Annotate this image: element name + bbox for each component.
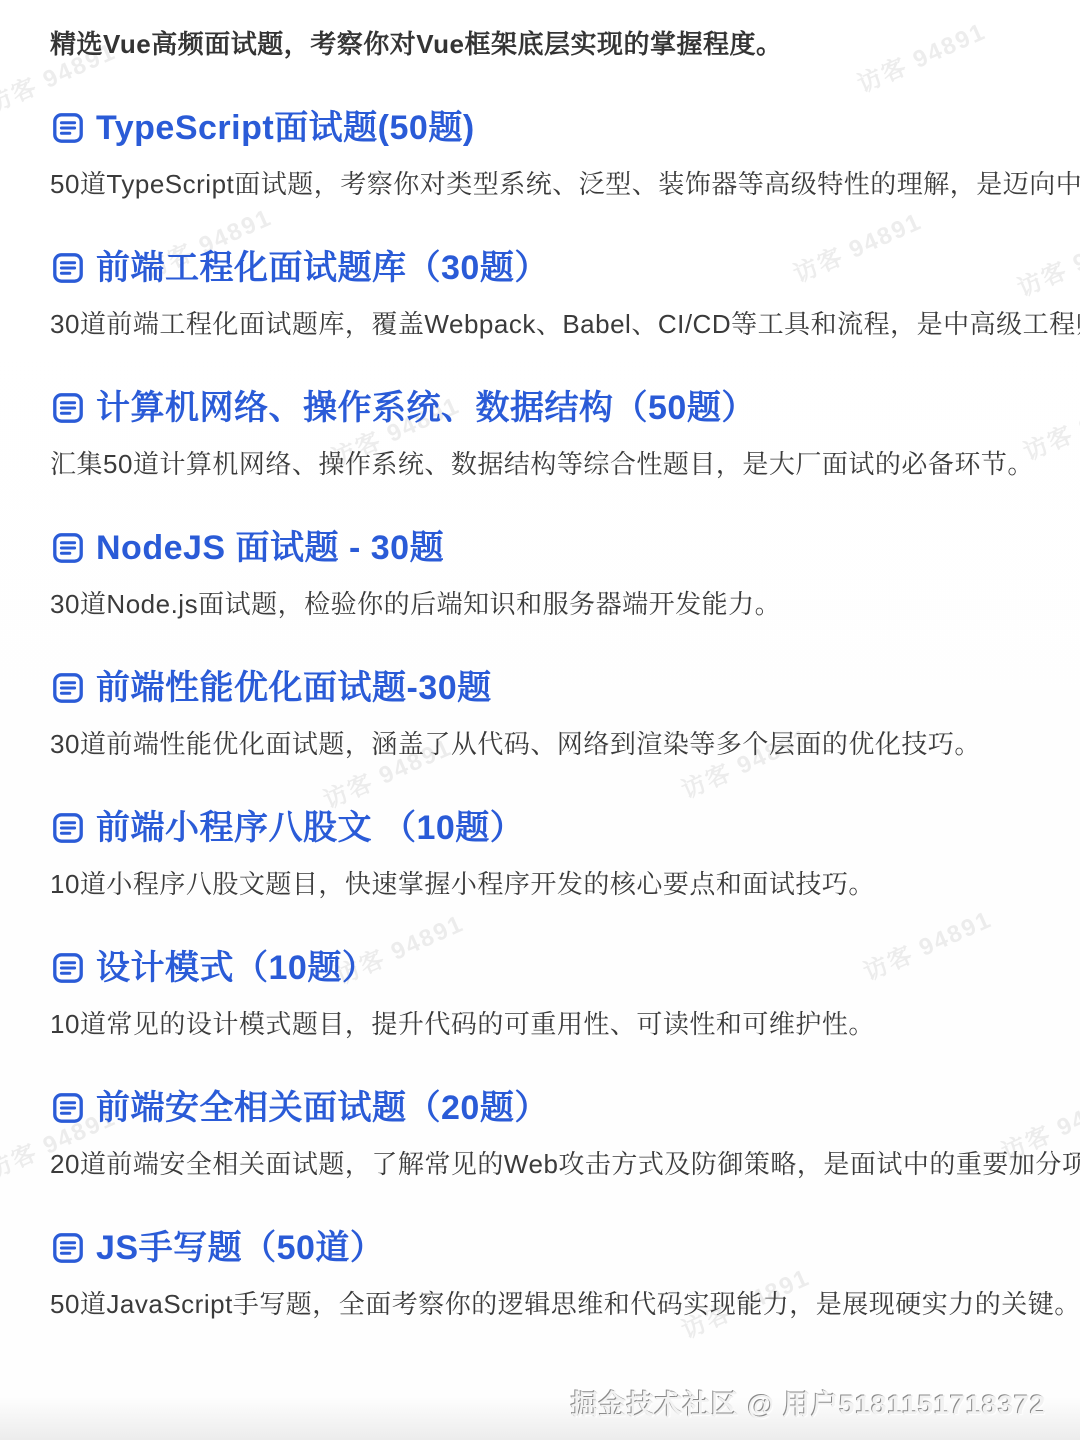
section-title-text: 计算机网络、操作系统、数据结构（50题） (96, 386, 756, 430)
section-heading: 前端性能优化面试题-30题 (50, 666, 1080, 710)
question-set-section: JS手写题（50道） 50道JavaScript手写题，全面考察你的逻辑思维和代… (50, 1226, 1080, 1322)
section-heading: NodeJS 面试题 - 30题 (50, 526, 1080, 570)
memo-icon (50, 670, 86, 706)
section-description: 10道小程序八股文题目，快速掌握小程序开发的核心要点和面试技巧。 (50, 866, 1080, 902)
section-title-text: JS手写题（50道） (96, 1226, 384, 1270)
article-body: 精选Vue高频面试题，考察你对Vue框架底层实现的掌握程度。 TypeScrip… (0, 0, 1080, 1322)
section-heading: 计算机网络、操作系统、数据结构（50题） (50, 386, 1080, 430)
question-set-section: NodeJS 面试题 - 30题 30道Node.js面试题，检验你的后端知识和… (50, 526, 1080, 622)
memo-icon (50, 810, 86, 846)
memo-icon (50, 530, 86, 566)
section-description: 50道JavaScript手写题，全面考察你的逻辑思维和代码实现能力，是展现硬实… (50, 1286, 1080, 1322)
question-set-section: TypeScript面试题(50题) 50道TypeScript面试题，考察你对… (50, 106, 1080, 202)
section-heading: 前端安全相关面试题（20题） (50, 1086, 1080, 1130)
question-set-section: 前端性能优化面试题-30题 30道前端性能优化面试题，涵盖了从代码、网络到渲染等… (50, 666, 1080, 762)
section-heading: TypeScript面试题(50题) (50, 106, 1080, 150)
section-title-text: NodeJS 面试题 - 30题 (96, 526, 444, 570)
section-description: 汇集50道计算机网络、操作系统、数据结构等综合性题目，是大厂面试的必备环节。 (50, 446, 1080, 482)
memo-icon (50, 390, 86, 426)
question-set-section: 前端工程化面试题库（30题） 30道前端工程化面试题库，覆盖Webpack、Ba… (50, 246, 1080, 342)
section-description: 30道前端性能优化面试题，涵盖了从代码、网络到渲染等多个层面的优化技巧。 (50, 726, 1080, 762)
section-title-text: 前端工程化面试题库（30题） (96, 246, 549, 290)
question-set-section: 设计模式（10题） 10道常见的设计模式题目，提升代码的可重用性、可读性和可维护… (50, 946, 1080, 1042)
section-description: 10道常见的设计模式题目，提升代码的可重用性、可读性和可维护性。 (50, 1006, 1080, 1042)
article-page: 访客 94891访客 94891访客 94891访客 94891访客 94891… (0, 0, 1080, 1440)
question-set-section: 前端小程序八股文 （10题） 10道小程序八股文题目，快速掌握小程序开发的核心要… (50, 806, 1080, 902)
memo-icon (50, 250, 86, 286)
memo-icon (50, 950, 86, 986)
previous-section-description-tail: 精选Vue高频面试题，考察你对Vue框架底层实现的掌握程度。 (50, 26, 1080, 62)
section-heading: 设计模式（10题） (50, 946, 1080, 990)
section-heading: JS手写题（50道） (50, 1226, 1080, 1270)
question-set-list: TypeScript面试题(50题) 50道TypeScript面试题，考察你对… (50, 106, 1080, 1322)
section-description: 50道TypeScript面试题，考察你对类型系统、泛型、装饰器等高级特性的理解… (50, 166, 1080, 202)
section-heading: 前端工程化面试题库（30题） (50, 246, 1080, 290)
question-set-section: 计算机网络、操作系统、数据结构（50题） 汇集50道计算机网络、操作系统、数据结… (50, 386, 1080, 482)
section-description: 30道前端工程化面试题库，覆盖Webpack、Babel、CI/CD等工具和流程… (50, 306, 1080, 342)
memo-icon (50, 1230, 86, 1266)
section-description: 20道前端安全相关面试题，了解常见的Web攻击方式及防御策略，是面试中的重要加分… (50, 1146, 1080, 1182)
section-title-text: 前端小程序八股文 （10题） (96, 806, 524, 850)
memo-icon (50, 110, 86, 146)
memo-icon (50, 1090, 86, 1126)
juejin-community-watermark: 掘金技术社区 @ 用户5181151718372 (571, 1383, 1046, 1422)
section-title-text: 设计模式（10题） (96, 946, 376, 990)
section-description: 30道Node.js面试题，检验你的后端知识和服务器端开发能力。 (50, 586, 1080, 622)
question-set-section: 前端安全相关面试题（20题） 20道前端安全相关面试题，了解常见的Web攻击方式… (50, 1086, 1080, 1182)
section-title-text: 前端性能优化面试题-30题 (96, 666, 492, 710)
section-heading: 前端小程序八股文 （10题） (50, 806, 1080, 850)
section-title-text: TypeScript面试题(50题) (96, 106, 475, 150)
section-title-text: 前端安全相关面试题（20题） (96, 1086, 549, 1130)
